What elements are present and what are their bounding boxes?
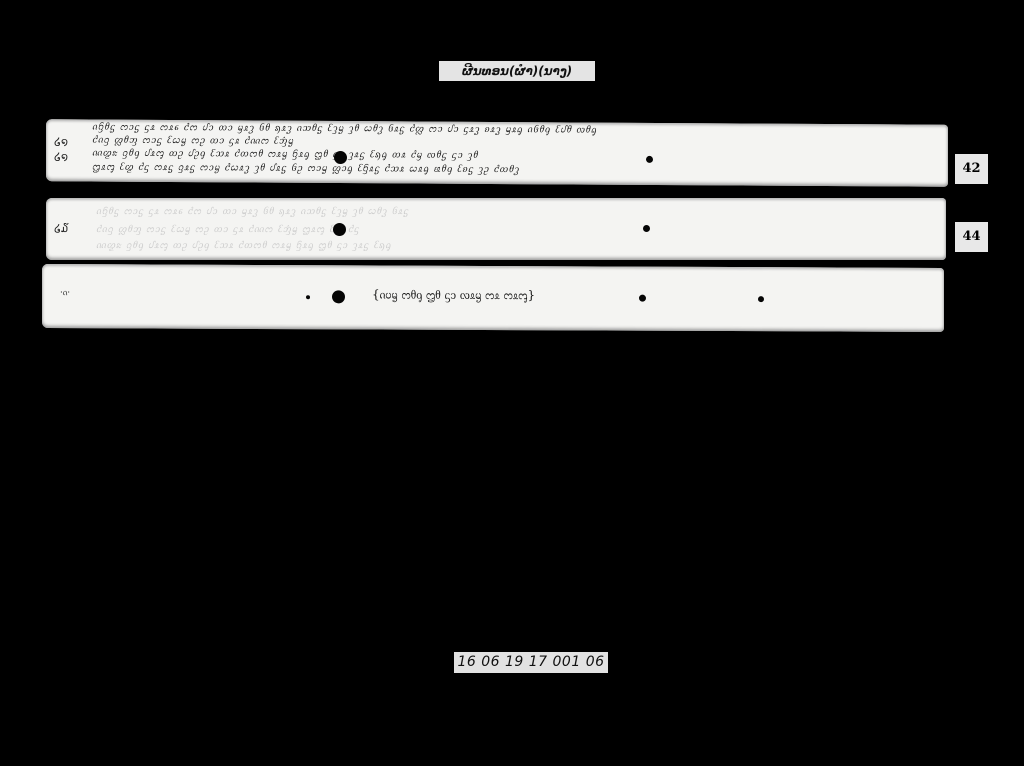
script-line: ᦗᦸᧅ ᦷᦖ ᦺᦓ ᦂᦸᧃ ᦋᦸᧃ ᦂᦱᧄ ᦺᦍᦸᧆ ᦡᦲ ᦔᦸᧃ ᦑᦳ ᦂᦱᧄ… <box>92 162 520 177</box>
ink-dot <box>306 295 310 299</box>
ink-dot <box>758 296 764 302</box>
binding-hole <box>332 290 345 303</box>
leaf-margin-number: ໒໓ <box>54 222 68 235</box>
palm-leaf-1: ໒໑ ໒໑ ᦵᦌᦲᧃ ᦂᦱᧃ ᦓᦸ ᦂᦸᧈ ᦺᦂ ᦔᦱ ᦎᦱ ᦙᦸᧆ ᦑᦲ ᦣᦸ… <box>46 119 948 187</box>
leaf-margin-number: ໒໑ <box>54 135 68 148</box>
folio-tag: 44 <box>955 222 988 252</box>
binding-hole <box>334 151 347 164</box>
binding-hole <box>639 295 646 302</box>
manuscript-cover-title: {ᦵᦢᧄ ᦂᦲᧁ ᦗᦲ ᦓᦱ ᦟᦸᧄ ᦂᦸ ᦂᦸᧅ} <box>372 287 535 303</box>
binding-hole <box>643 225 650 232</box>
faded-script-line: ᦵᦌᦲᧃ ᦂᦱᧃ ᦓᦸ ᦂᦸᧈ ᦺᦂ ᦔᦱ ᦎᦱ ᦙᦸᧆ ᦑᦲ ᦣᦸᧆ ᦵᦉᦲᧃ… <box>96 206 409 218</box>
script-line: ᦺᦵᦋ ᦜᦲᦀ ᦂᦱᧃ ᦷᦍᧄ ᦂᦳ ᦎᦱ ᦓᦸ ᦺᦶᦂ ᦷᦁᧄ <box>92 135 294 148</box>
palm-leaf-2: ໒໓ ᦵᦌᦲᧃ ᦂᦱᧃ ᦓᦸ ᦂᦸᧈ ᦺᦂ ᦔᦱ ᦎᦱ ᦙᦸᧆ ᦑᦲ ᦣᦸᧆ ᦵ… <box>46 198 946 260</box>
folio-tag: 42 <box>955 154 988 184</box>
leaf-margin-number: ໒໑ <box>54 150 68 163</box>
faded-script-line: ᦺᦵᦋ ᦜᦲᦀ ᦂᦱᧃ ᦷᦍᧄ ᦂᦳ ᦎᦱ ᦓᦸ ᦺᦶᦂ ᦷᦁᧄ ᦗᦸᧅ ᦷᦖ … <box>96 224 360 236</box>
faded-script-line: ᦶᦖᦰ ᦋᦲᧁ ᦔᦸᧅ ᦎᦳ ᦔᦳᧁ ᦷᦉᦸ ᦺᦎᦂᦲ ᦂᦸᧄ ᦌᦸᧂ ᦗᦲ ᦓ… <box>96 240 391 252</box>
leaf-margin-mark: ·ᦵ· <box>60 288 70 298</box>
script-line: ᦶᦖᦰ ᦋᦲᧁ ᦔᦸᧅ ᦎᦳ ᦔᦳᧁ ᦷᦉᦸ ᦺᦎᦂᦲ ᦂᦸᧄ ᦌᦸᧂ ᦗᦲ ᦓ… <box>92 148 478 162</box>
manuscript-title-label: ຜີນທອນ(ຜໍາ)(ນາງ) <box>439 61 595 81</box>
binding-hole <box>646 156 653 163</box>
palm-leaf-3: ·ᦵ· {ᦵᦢᧄ ᦂᦲᧁ ᦗᦲ ᦓᦱ ᦟᦸᧄ ᦂᦸ ᦂᦸᧅ} <box>42 264 944 332</box>
binding-hole <box>333 223 346 236</box>
catalog-id-label: 16 06 19 17 001 06 <box>454 652 608 673</box>
